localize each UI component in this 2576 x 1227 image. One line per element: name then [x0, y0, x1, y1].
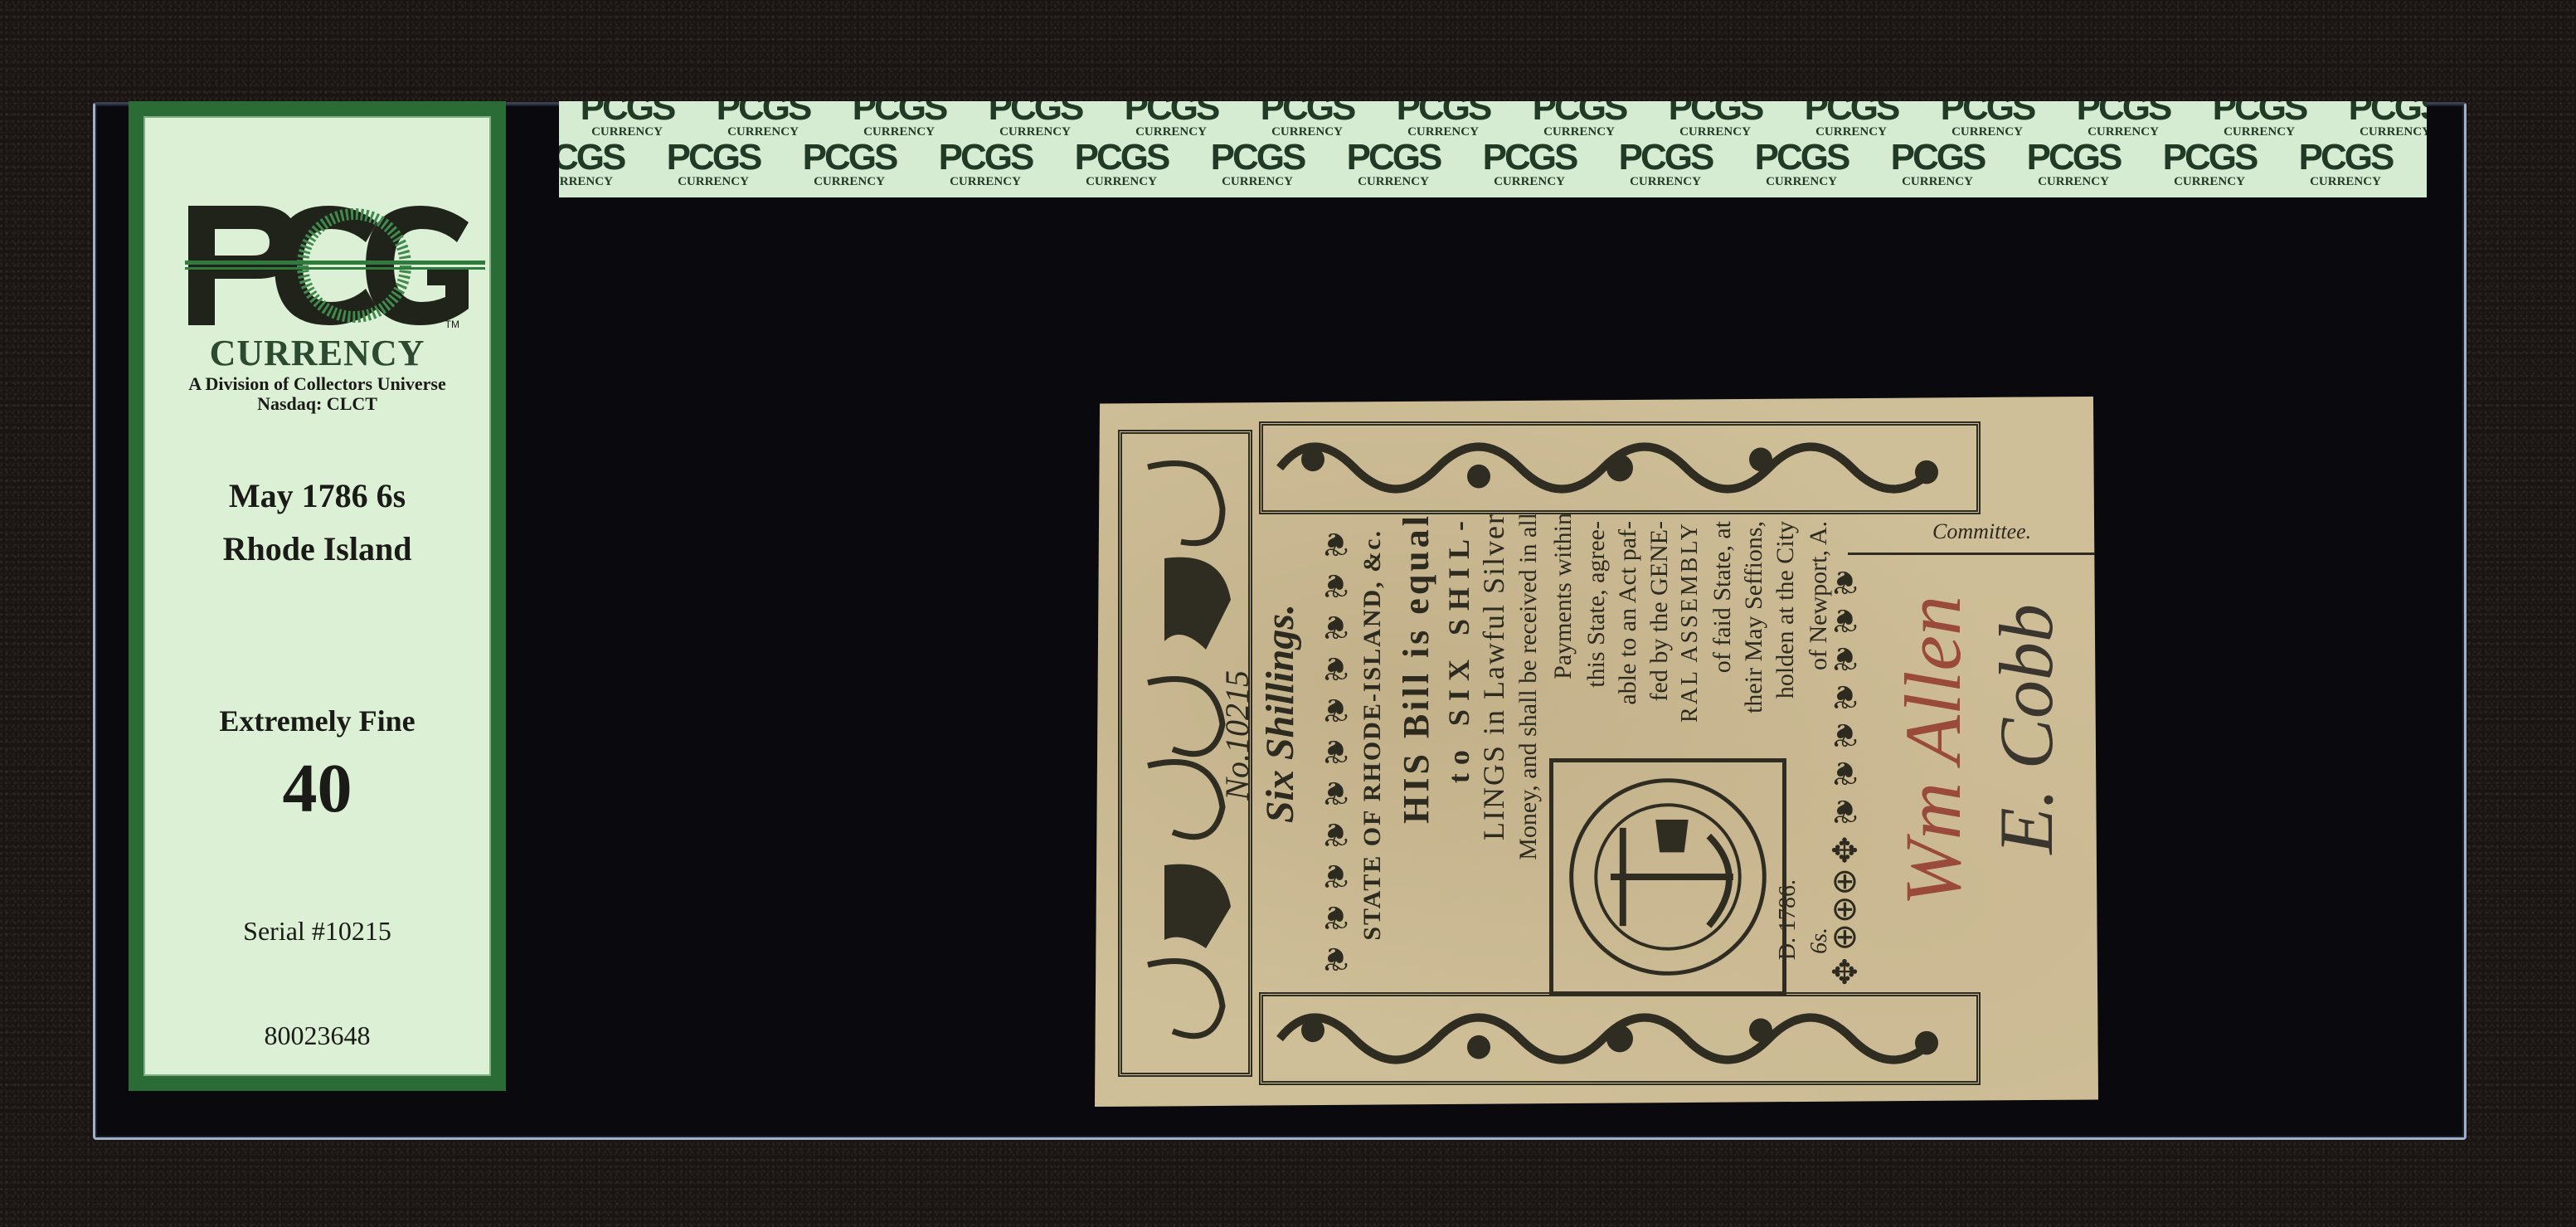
bottom-scroll-band	[1259, 992, 1981, 1085]
strip-logo-icon: PCGSCURRENCY	[2055, 101, 2191, 138]
acanthus-scroll-icon	[1263, 426, 1976, 510]
bill-line-3: LINGS in Lawful Silver	[1476, 513, 1511, 840]
strip-logo-icon: PCGSCURRENCY	[1325, 139, 1461, 187]
strip-row-top: PCGSCURRENCYPCGSCURRENCYPCGSCURRENCYPCGS…	[559, 101, 2427, 139]
strip-logo-icon: PCGSCURRENCY	[831, 101, 967, 138]
bill-line-9: RAL ASSEMBLY	[1677, 521, 1704, 723]
bill-line-8: fed by the GENE-	[1645, 521, 1674, 701]
strip-logo-icon: PCGSCURRENCY	[1869, 139, 2005, 187]
committee-brace	[1848, 553, 2097, 565]
ornament-column: ✥⊕⊕⊕✥❦❦❦❦❦❦❦	[1825, 562, 1864, 990]
note-description: May 1786 6s	[145, 476, 489, 515]
grading-label: TM CURRENCY A Division of Collectors Uni…	[129, 101, 506, 1091]
cert-number: 80023648	[145, 1020, 489, 1051]
strip-logo-icon: PCGSCURRENCY	[1189, 139, 1325, 187]
strip-logo-icon: PCGSCURRENCY	[1053, 139, 1189, 187]
strip-logo-icon: PCGSCURRENCY	[1733, 139, 1869, 187]
ornament-row: ❦❦❦❦❦❦❦❦❦❦❦	[1315, 521, 1354, 977]
bill-line-2: to SIX SHIL-	[1441, 513, 1476, 783]
bill-line-5: Payments within	[1549, 513, 1577, 679]
strip-logo-icon: PCGSCURRENCY	[559, 139, 645, 187]
strip-logo-icon: PCGSCURRENCY	[1239, 101, 1375, 138]
strip-logo-icon: PCGSCURRENCY	[559, 101, 695, 138]
strip-logo-icon: PCGSCURRENCY	[695, 101, 831, 138]
note-state: Rhode Island	[145, 529, 489, 568]
division-text: A Division of Collectors Universe	[145, 373, 489, 395]
acanthus-scroll-icon	[1263, 996, 1976, 1081]
top-scroll-band	[1259, 421, 1981, 514]
committee-label: Committee.	[1932, 519, 2031, 544]
brand-currency-text: CURRENCY	[145, 332, 489, 374]
strip-logo-icon: PCGSCURRENCY	[1597, 139, 1733, 187]
grade-description: Extremely Fine	[145, 704, 489, 738]
denomination-script: Six Shillings.	[1257, 604, 1303, 823]
strip-logo-icon: PCGSCURRENCY	[1647, 101, 1783, 138]
bill-line-12: holden at the City	[1772, 521, 1800, 699]
strip-logo-icon: PCGSCURRENCY	[2327, 101, 2427, 138]
anchor-seal-icon	[1553, 762, 1782, 991]
strip-logo-icon: PCGSCURRENCY	[645, 139, 781, 187]
bill-line-10: of faid State, at	[1708, 521, 1737, 673]
strip-logo-icon: PCGSCURRENCY	[1511, 101, 1647, 138]
security-strip: PCGSCURRENCYPCGSCURRENCYPCGSCURRENCYPCGS…	[559, 101, 2427, 197]
strip-logo-icon: PCGSCURRENCY	[781, 139, 917, 187]
grade-number: 40	[145, 748, 489, 829]
strip-logo-icon: PCGSCURRENCY	[1103, 101, 1239, 138]
strip-logo-icon: PCGSCURRENCY	[2141, 139, 2277, 187]
strip-row-bottom: PCGSCURRENCYPCGSCURRENCYPCGSCURRENCYPCGS…	[559, 139, 2427, 189]
bill-line-1: HIS Bill is equal	[1395, 513, 1437, 824]
bill-line-6: this State, agree-	[1582, 521, 1611, 688]
strip-logo-icon: PCGSCURRENCY	[2191, 101, 2327, 138]
signature-black: E. Cobb	[1982, 604, 2070, 855]
strip-logo-icon: PCGSCURRENCY	[2277, 139, 2413, 187]
bill-line-7: able to an Act paf-	[1614, 521, 1642, 705]
note-serial-number: No.10215	[1218, 670, 1256, 801]
pcgs-logo-icon	[182, 199, 488, 332]
strip-logo-icon: PCGSCURRENCY	[1783, 101, 1919, 138]
banknote: No.10215 Six Shillings. ❦❦❦❦❦❦❦❦❦❦❦ STAT…	[1095, 397, 2098, 1107]
strip-logo-icon: PCGSCURRENCY	[917, 139, 1053, 187]
strip-logo-icon: PCGSCURRENCY	[1375, 101, 1511, 138]
ticker-text: Nasdaq: CLCT	[145, 393, 489, 415]
anchor-seal	[1549, 758, 1786, 996]
state-line: STATE OF RHODE-ISLAND, &c.	[1358, 529, 1387, 941]
bill-line-4: Money, and shall be received in all	[1514, 513, 1543, 860]
strip-logo-icon: PCGSCURRENCY	[2005, 139, 2141, 187]
strip-logo-icon: PCGSCURRENCY	[1461, 139, 1597, 187]
bill-line-11: their May Seffions,	[1740, 521, 1768, 713]
label-panel: TM CURRENCY A Division of Collectors Uni…	[143, 116, 491, 1076]
strip-logo-icon: PCGSCURRENCY	[1919, 101, 2055, 138]
signature-red: Wm Allen	[1887, 596, 1979, 906]
strip-logo-icon: PCGSCURRENCY	[967, 101, 1103, 138]
strip-logo-icon: PCGSCURRENCY	[2413, 139, 2427, 187]
trademark-mark: TM	[445, 319, 459, 330]
serial-number: Serial #10215	[145, 916, 489, 947]
